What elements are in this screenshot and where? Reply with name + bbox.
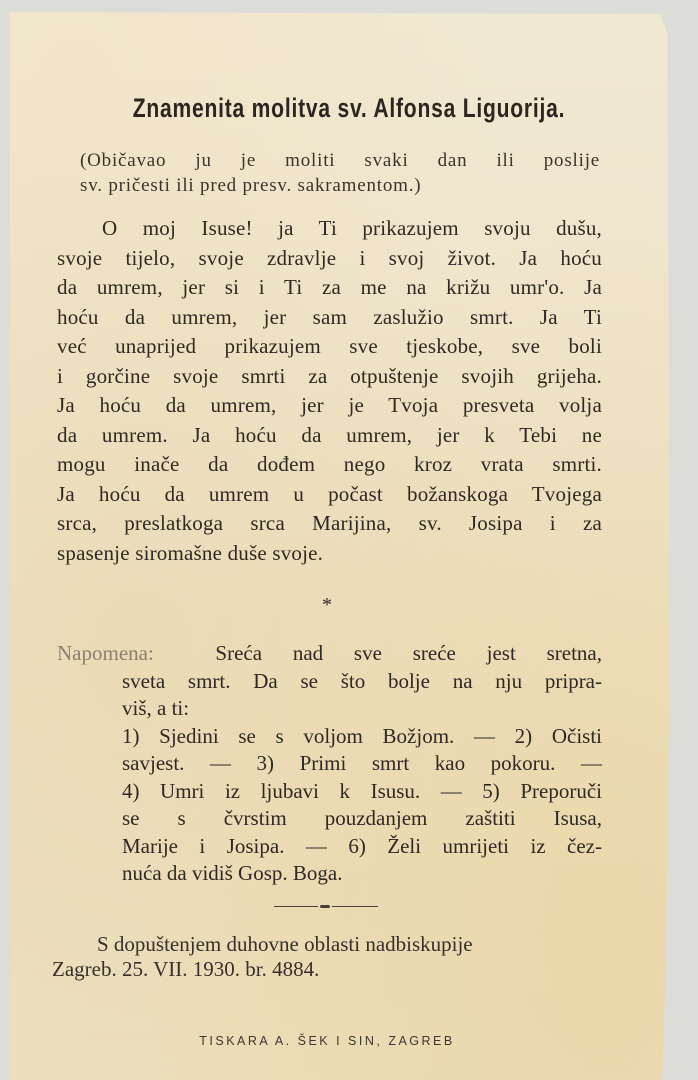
note-first-line: Napomena: Sreća nad sve sreće jest sretn… (57, 640, 602, 668)
note-label: Napomena: (57, 641, 154, 665)
divider-rule-left (274, 906, 318, 907)
prayer-line: svoje tijelo, svoje zdravlje i svoj živo… (57, 244, 602, 274)
ornamental-divider (274, 906, 379, 908)
note-line: 1) Sjedini se s voljom Božjom. — 2) Očis… (57, 723, 602, 751)
prayer-line: hoću da umrem, jer sam zaslužio smrt. Ja… (57, 303, 602, 333)
note-line: sveta smrt. Da se što bolje na nju pripr… (57, 668, 602, 696)
note-line: savjest. — 3) Primi smrt kao pokoru. — (57, 750, 602, 778)
prayer-line: Ja hoću da umrem u počast božanskoga Tvo… (57, 480, 602, 510)
divider-rule-right (332, 906, 378, 907)
prayer-line: spasenje siromašne duše svoje. (57, 539, 602, 569)
approval-line: S dopuštenjem duhovne oblasti nadbiskupi… (52, 932, 602, 957)
note-line: nuća da vidiš Gosp. Boga. (57, 860, 602, 888)
prayer-line: već unaprijed prikazujem sve tjeskobe, s… (57, 332, 602, 362)
prayer-line: O moj Isuse! ja Ti prikazujem svoju dušu… (57, 214, 602, 244)
subtitle-line: (Običavao ju je moliti svaki dan ili pos… (80, 148, 600, 173)
document-subtitle: (Običavao ju je moliti svaki dan ili pos… (80, 148, 600, 198)
note-line: viš, a ti: (57, 695, 602, 723)
prayer-line: da umrem. Ja hoću da umrem, jer k Tebi n… (57, 421, 602, 451)
note-first-text: Sreća nad sve sreće jest sretna, (215, 641, 602, 665)
prayer-text: O moj Isuse! ja Ti prikazujem svoju dušu… (57, 214, 602, 568)
note-section: Napomena: Sreća nad sve sreće jest sretn… (57, 640, 602, 888)
approval-statement: S dopuštenjem duhovne oblasti nadbiskupi… (52, 932, 602, 982)
prayer-line: Ja hoću da umrem, jer je Tvoja presveta … (57, 391, 602, 421)
subtitle-line: sv. pričesti ili pred presv. sakramentom… (80, 173, 600, 198)
printer-imprint: TISKARA A. ŠEK I SIN, ZAGREB (0, 1034, 654, 1048)
note-line: se s čvrstim pouzdanjem zaštiti Isusa, (57, 805, 602, 833)
divider-dot (320, 905, 330, 908)
prayer-line: mogu inače da dođem nego kroz vrata smrt… (57, 450, 602, 480)
prayer-line: i gorčine svoje smrti za otpuštenje svoj… (57, 362, 602, 392)
asterisk-separator: * (0, 594, 654, 617)
note-line: 4) Umri iz ljubavi k Isusu. — 5) Preporu… (57, 778, 602, 806)
approval-line: Zagreb. 25. VII. 1930. br. 4884. (52, 957, 319, 981)
prayer-line: srca, preslatkoga srca Marijina, sv. Jos… (57, 509, 602, 539)
note-line: Marije i Josipa. — 6) Želi umrijeti iz č… (57, 833, 602, 861)
document-title: Znamenita molitva sv. Alfonsa Liguorija. (77, 93, 621, 124)
prayer-line: da umrem, jer si i Ti za me na križu umr… (57, 273, 602, 303)
